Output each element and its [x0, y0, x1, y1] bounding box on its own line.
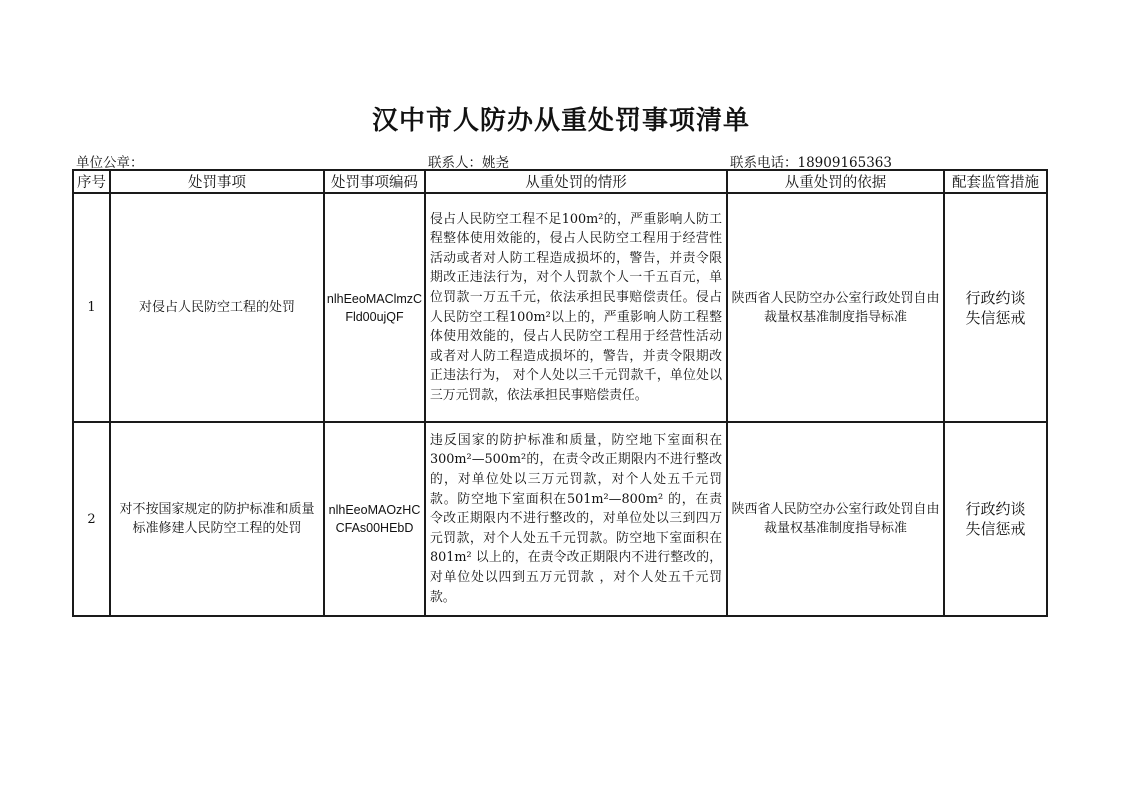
row-basis: 陕西省人民防空办公室行政处罚自由裁量权基准制度指导标准 — [727, 422, 944, 616]
row-measures: 行政约谈 失信惩戒 — [944, 193, 1047, 422]
document-title: 汉中市人防办从重处罚事项清单 — [0, 100, 1122, 137]
unit-seal-label: 单位公章： — [76, 151, 144, 171]
row-item: 对不按国家规定的防护标准和质量标准修建人民防空工程的处罚 — [110, 422, 324, 616]
header-basis: 从重处罚的依据 — [727, 170, 944, 193]
header-item: 处罚事项 — [110, 170, 324, 193]
row-measures: 行政约谈 失信惩戒 — [944, 422, 1047, 616]
contact-person: 联系人：姚尧 — [428, 151, 509, 171]
row-basis: 陕西省人民防空办公室行政处罚自由裁量权基准制度指导标准 — [727, 193, 944, 422]
row-code: nlhEeoMAClmzCFld00ujQF — [324, 193, 425, 422]
header-code: 处罚事项编码 — [324, 170, 425, 193]
row-item: 对侵占人民防空工程的处罚 — [110, 193, 324, 422]
row-circumstance: 违反国家的防护标准和质量，防空地下室面积在300m²—500m²的，在责令改正期… — [425, 422, 727, 616]
penalty-table: 序号 处罚事项 处罚事项编码 从重处罚的情形 从重处罚的依据 配套监管措施 1 … — [72, 169, 1048, 617]
row-no: 2 — [73, 422, 110, 616]
table-row: 1 对侵占人民防空工程的处罚 nlhEeoMAClmzCFld00ujQF 侵占… — [73, 193, 1047, 422]
header-measures: 配套监管措施 — [944, 170, 1047, 193]
table-row: 2 对不按国家规定的防护标准和质量标准修建人民防空工程的处罚 nlhEeoMAO… — [73, 422, 1047, 616]
row-no: 1 — [73, 193, 110, 422]
table-header-row: 序号 处罚事项 处罚事项编码 从重处罚的情形 从重处罚的依据 配套监管措施 — [73, 170, 1047, 193]
row-code: nlhEeoMAOzHCCFAs00HEbD — [324, 422, 425, 616]
header-no: 序号 — [73, 170, 110, 193]
row-circumstance: 侵占人民防空工程不足100m²的，严重影响人防工程整体使用效能的，侵占人民防空工… — [425, 193, 727, 422]
header-circumstance: 从重处罚的情形 — [425, 170, 727, 193]
contact-phone: 联系电话：18909165363 — [730, 151, 892, 171]
